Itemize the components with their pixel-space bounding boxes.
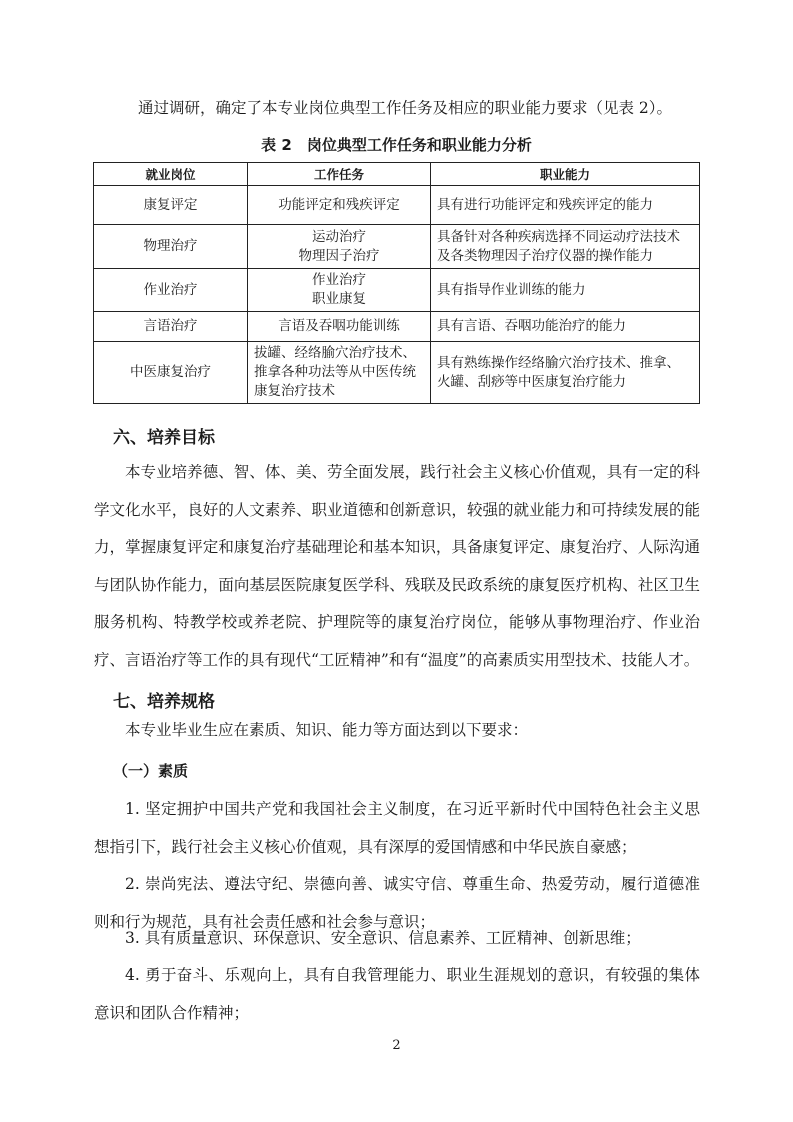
quality-item: 4. 勇于奋斗、乐观向上，具有自我管理能力、职业生涯规划的意识，有较强的集体意识… [94,957,700,1032]
table-header-row: 就业岗位 工作任务 职业能力 [94,163,700,186]
cell-ability: 具有言语、吞咽功能治疗的能力 [431,312,700,342]
table-title: 表 2 岗位典型工作任务和职业能力分析 [0,134,793,155]
section-heading-training-spec: 七、培养规格 [113,687,215,712]
cell-tasks: 功能评定和残疾评定 [248,186,431,225]
cell-ability: 具有进行功能评定和残疾评定的能力 [431,186,700,225]
cell-tasks: 拔罐、经络腧穴治疗技术、推拿各种功法等从中医传统康复治疗技术 [248,342,431,404]
cell-ability: 具备针对各种疾病选择不同运动疗法技术及各类物理因子治疗仪器的操作能力 [431,225,700,269]
cell-post: 物理治疗 [94,225,248,269]
training-spec-intro: 本专业毕业生应在素质、知识、能力等方面达到以下要求： [94,718,700,742]
job-analysis-table: 就业岗位 工作任务 职业能力 康复评定 功能评定和残疾评定 具有进行功能评定和残… [93,162,700,404]
cell-ability: 具有熟练操作经络腧穴治疗技术、推拿、火罐、刮痧等中医康复治疗能力 [431,342,700,404]
header-tasks: 工作任务 [248,163,431,186]
table-row: 中医康复治疗 拔罐、经络腧穴治疗技术、推拿各种功法等从中医传统康复治疗技术 具有… [94,342,700,404]
task-line: 物理因子治疗 [254,247,424,266]
document-page: 通过调研，确定了本专业岗位典型工作任务及相应的职业能力要求（见表 2）。 表 2… [0,0,793,1122]
section-heading-training-goal: 六、培养目标 [113,423,215,448]
task-line: 运动治疗 [254,228,424,247]
header-post: 就业岗位 [94,163,248,186]
quality-item: 1. 坚定拥护中国共产党和我国社会主义制度，在习近平新时代中国特色社会主义思想指… [94,791,700,866]
quality-item: 3. 具有质量意识、环保意识、安全意识、信息素养、工匠精神、创新思维； [94,926,700,950]
task-line: 作业治疗 [254,271,424,290]
cell-tasks: 运动治疗 物理因子治疗 [248,225,431,269]
table-row: 作业治疗 作业治疗 职业康复 具有指导作业训练的能力 [94,269,700,312]
cell-post: 作业治疗 [94,269,248,312]
cell-post: 言语治疗 [94,312,248,342]
header-ability: 职业能力 [431,163,700,186]
cell-post: 中医康复治疗 [94,342,248,404]
task-line: 职业康复 [254,290,424,309]
cell-ability: 具有指导作业训练的能力 [431,269,700,312]
cell-tasks: 言语及吞咽功能训练 [248,312,431,342]
table-row: 物理治疗 运动治疗 物理因子治疗 具备针对各种疾病选择不同运动疗法技术及各类物理… [94,225,700,269]
table-row: 言语治疗 言语及吞咽功能训练 具有言语、吞咽功能治疗的能力 [94,312,700,342]
cell-tasks: 作业治疗 职业康复 [248,269,431,312]
page-number: 2 [0,1038,793,1053]
intro-paragraph: 通过调研，确定了本专业岗位典型工作任务及相应的职业能力要求（见表 2）。 [94,96,734,120]
cell-post: 康复评定 [94,186,248,225]
table-row: 康复评定 功能评定和残疾评定 具有进行功能评定和残疾评定的能力 [94,186,700,225]
subheading-quality: （一）素质 [113,760,188,781]
training-goal-paragraph: 本专业培养德、智、体、美、劳全面发展，践行社会主义核心价值观，具有一定的科学文化… [94,454,700,679]
